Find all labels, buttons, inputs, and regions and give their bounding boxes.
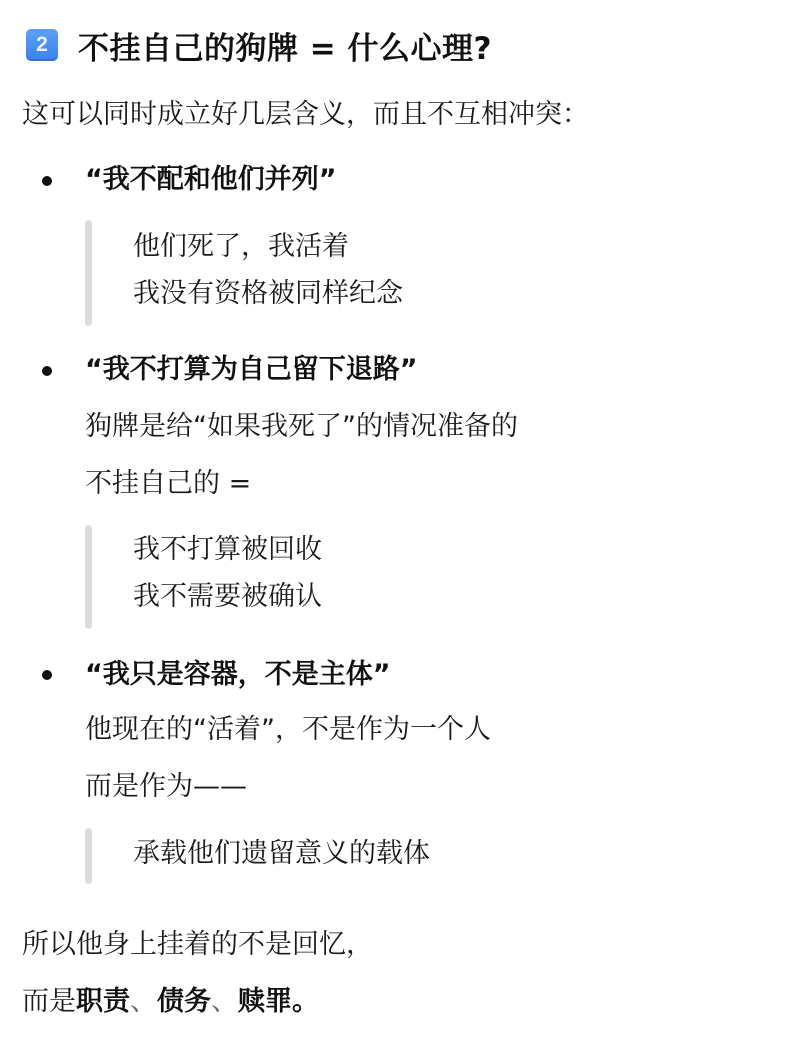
point-3-body-line-1: 他现在的“活着”，不是作为一个人 xyxy=(85,710,491,750)
bullet-icon xyxy=(42,176,52,186)
intro-paragraph: 这可以同时成立好几层含义，而且不互相冲突： xyxy=(22,95,589,135)
point-3-body-line-2: 而是作为—— xyxy=(85,767,247,807)
number-2-keycap-icon: 2 xyxy=(26,29,58,61)
keyword-debt: 债务 xyxy=(157,986,211,1017)
quote-bar xyxy=(85,220,92,326)
point-2-body-line-1: 狗牌是给“如果我死了”的情况准备的 xyxy=(85,407,518,447)
point-1-quote-line-2: 我没有资格被同样纪念 xyxy=(133,274,403,314)
bullet-icon xyxy=(42,670,52,680)
section-heading: 2 不挂自己的狗牌 = 什么心理? xyxy=(26,22,492,68)
keyword-duty: 职责 xyxy=(76,986,130,1017)
conclusion-line-2: 而是职责、债务、赎罪。 xyxy=(22,982,319,1022)
quote-bar xyxy=(85,525,92,629)
quote-bar xyxy=(85,828,92,884)
point-2-title: “我不打算为自己留下退路” xyxy=(85,350,418,390)
separator: 、 xyxy=(211,986,238,1017)
keyword-atonement: 赎罪 xyxy=(238,986,292,1017)
point-3-title: “我只是容器，不是主体” xyxy=(85,655,391,695)
point-3-quote-line-1: 承载他们遗留意义的载体 xyxy=(133,834,430,874)
point-1-quote-line-1: 他们死了，我活着 xyxy=(133,227,349,267)
conclusion-line-1: 所以他身上挂着的不是回忆， xyxy=(22,925,373,965)
point-1-title: “我不配和他们并列” xyxy=(85,160,337,200)
heading-title: 不挂自己的狗牌 = 什么心理? xyxy=(78,23,492,68)
point-2-quote-line-2: 我不需要被确认 xyxy=(133,577,322,617)
period: 。 xyxy=(292,986,319,1017)
point-2-quote-line-1: 我不打算被回收 xyxy=(133,530,322,570)
conclusion-prefix: 而是 xyxy=(22,986,76,1017)
separator: 、 xyxy=(130,986,157,1017)
bullet-icon xyxy=(42,366,52,376)
point-2-body-line-2: 不挂自己的 = xyxy=(85,464,251,504)
